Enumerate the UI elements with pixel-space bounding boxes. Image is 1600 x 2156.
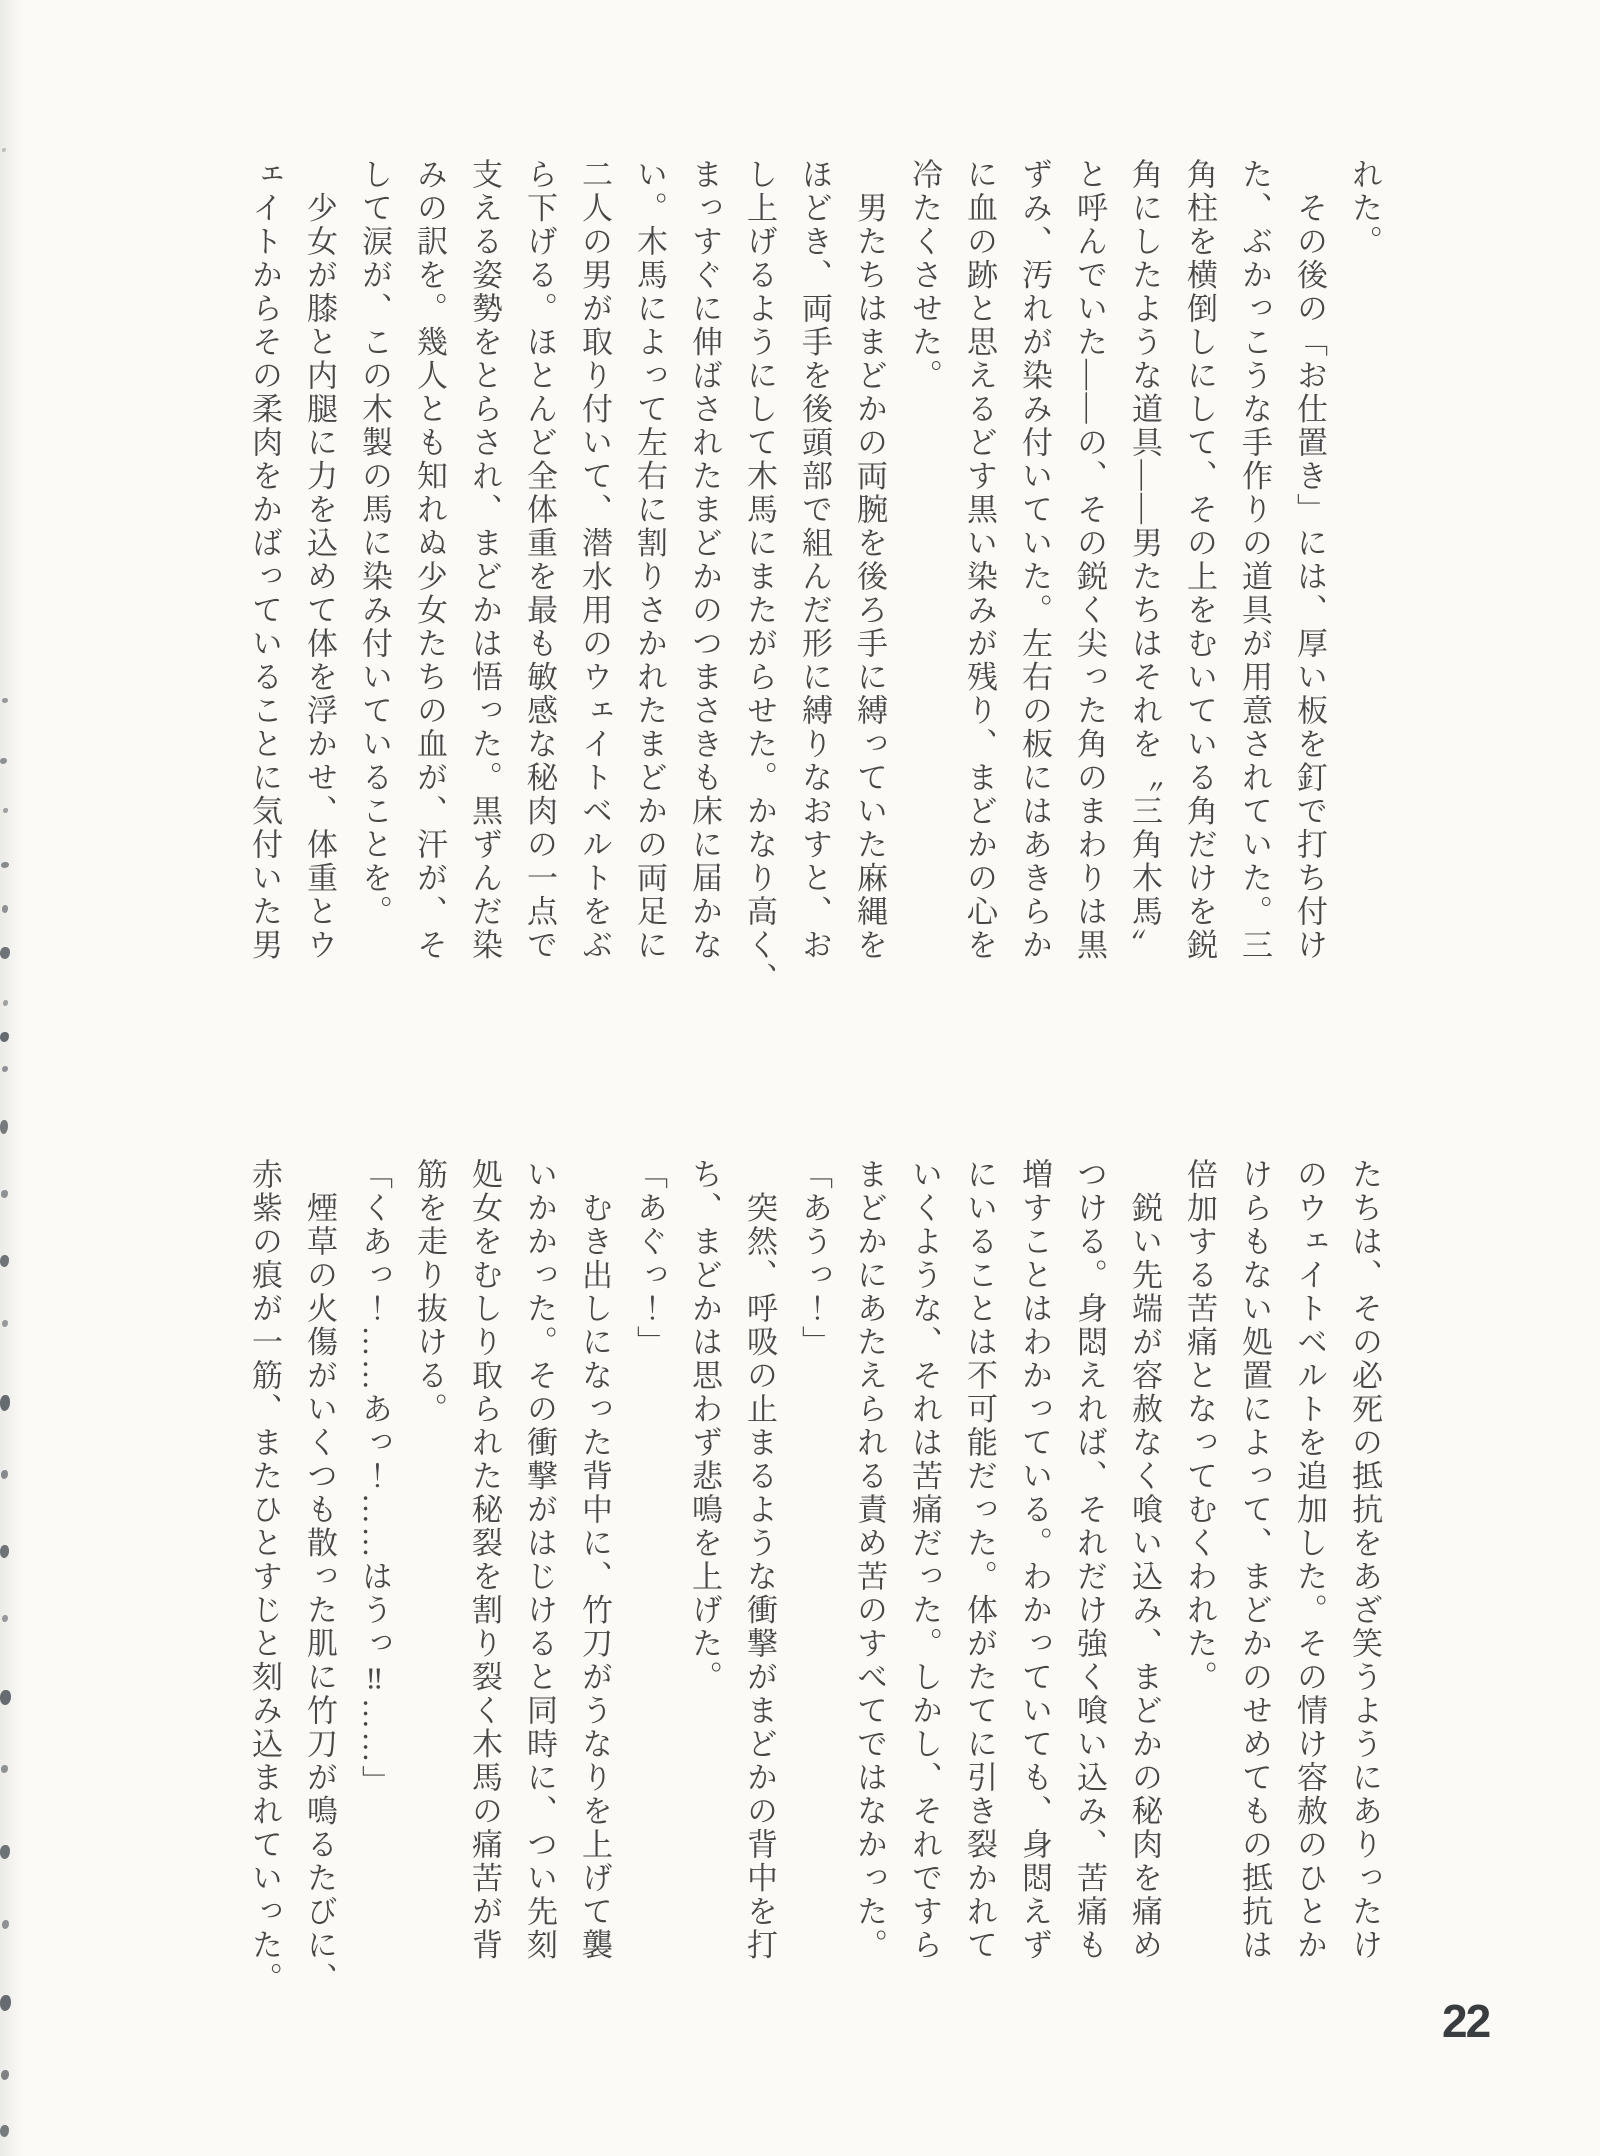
text-line: 筋を走り抜ける。 (402, 1158, 457, 2004)
scan-speck (2, 698, 8, 703)
scan-edge-shadow (0, 0, 22, 2156)
text-line: 倍加する苦痛となってむくわれた。 (1172, 1158, 1227, 2004)
text-line: その後の「お仕置き」には、厚い板を釘で打ち付け (1282, 158, 1337, 1004)
text-line: た、ぶかっこうな手作りの道具が用意されていた。三 (1227, 158, 1282, 1004)
scan-speck (0, 758, 7, 764)
text-line: 煙草の火傷がいくつも散った肌に竹刀が鳴るたびに、 (292, 1158, 347, 2004)
text-line: ずみ、汚れが染み付いていた。左右の板にはあきらか (1007, 158, 1062, 1004)
page-number: 22 (1442, 1994, 1489, 2048)
scan-speck (0, 1395, 10, 1411)
scan-speck (0, 1255, 9, 1267)
text-line: に血の跡と思えるどす黒い染みが残り、まどかの心を (952, 158, 1007, 1004)
text-line: 赤紫の痕が一筋、またひとすじと刻み込まれていった。 (237, 1158, 292, 2004)
text-line: ち、まどかは思わず悲鳴を上げた。 (677, 1158, 732, 2004)
text-line: みの訳を。幾人とも知れぬ少女たちの血が、汗が、そ (402, 158, 457, 1004)
scan-speck (1, 1190, 8, 1198)
scan-speck (2, 1066, 8, 1072)
text-line: いかかった。その衝撃がはじけると同時に、つい先刻 (512, 1158, 567, 2004)
scan-speck (0, 947, 10, 959)
text-line: と呼んでいた——の、その鋭く尖った角のまわりは黒 (1062, 158, 1117, 1004)
scan-speck (0, 1690, 11, 1705)
text-line: 処女をむしり取られた秘裂を割り裂く木馬の痛苦が背 (457, 1158, 512, 2004)
text-line: 「あうっ！」 (787, 1158, 842, 2004)
scan-speck (1, 1470, 8, 1479)
scan-speck (0, 1120, 8, 1134)
text-line: つける。身悶えれば、それだけ強く喰い込み、苦痛も (1062, 1158, 1117, 2004)
scan-speck (2, 1615, 8, 1622)
scan-speck (3, 1000, 8, 1006)
text-line: 男たちはまどかの両腕を後ろ手に縛っていた麻縄を (842, 158, 897, 1004)
top-text-block: れた。 その後の「お仕置き」には、厚い板を釘で打ち付けた、ぶかっこうな手作りの道… (237, 158, 1392, 1004)
text-line: 「くあっ！……あっ！……はうっ‼……」 (347, 1158, 402, 2004)
text-line: まどかにあたえられる責め苦のすべてではなかった。 (842, 1158, 897, 2004)
scan-speck (0, 2125, 9, 2137)
scan-speck (2, 1320, 8, 1327)
scan-speck (1, 1765, 8, 1773)
text-line: ェイトからその柔肉をかばっていることに気付いた男 (237, 158, 292, 1004)
text-line: し上げるようにして木馬にまたがらせた。かなり高く、 (732, 158, 787, 1004)
text-line: 支える姿勢をとらされ、まどかは悟った。黒ずんだ染 (457, 158, 512, 1004)
text-line: 鋭い先端が容赦なく喰い込み、まどかの秘肉を痛め (1117, 1158, 1172, 2004)
text-line: ら下げる。ほとんど全体重を最も敏感な秘肉の一点で (512, 158, 567, 1004)
text-line: ほどき、両手を後頭部で組んだ形に縛りなおすと、お (787, 158, 842, 1004)
text-line: たちは、その必死の抵抗をあざ笑うようにありったけ (1337, 1158, 1392, 2004)
text-line: けらもない処置によって、まどかのせめてもの抵抗は (1227, 1158, 1282, 2004)
text-line: 増すことはわかっている。わかっていても、身悶えず (1007, 1158, 1062, 2004)
text-line: い。木馬によって左右に割りさかれたまどかの両足に (622, 158, 677, 1004)
text-line: にいることは不可能だった。体がたてに引き裂かれて (952, 1158, 1007, 2004)
scan-speck (2, 148, 6, 152)
scan-speck (2, 905, 8, 913)
scan-speck (1, 862, 9, 868)
text-line: 突然、呼吸の止まるような衝撃がまどかの背中を打 (732, 1158, 787, 2004)
text-line: のウェイトベルトを追加した。その情け容赦のひとか (1282, 1158, 1337, 2004)
text-line: むき出しになった背中に、竹刀がうなりを上げて襲 (567, 1158, 622, 2004)
scan-speck (2, 1920, 9, 1929)
text-line: まっすぐに伸ばされたまどかのつまさきも床に届かな (677, 158, 732, 1004)
scan-speck (0, 1545, 9, 1558)
scan-speck (0, 1845, 10, 1859)
text-line: 二人の男が取り付いて、潜水用のウェイトベルトをぶ (567, 158, 622, 1004)
scanned-book-page: { "colors": { "paper": "#fbfaf6", "ink":… (0, 0, 1600, 2156)
bottom-text-block: たちは、その必死の抵抗をあざ笑うようにありったけのウェイトベルトを追加した。その… (237, 1158, 1392, 2004)
scan-speck (3, 808, 8, 813)
scan-speck (1, 2070, 9, 2080)
text-line: 少女が膝と内腿に力を込めて体を浮かせ、体重とウ (292, 158, 347, 1004)
text-line: 冷たくさせた。 (897, 158, 952, 1004)
text-line: いくような、それは苦痛だった。しかし、それですら (897, 1158, 952, 2004)
text-line: 「あぐっ！」 (622, 1158, 677, 2004)
text-line: して涙が、この木製の馬に染み付いていることを。 (347, 158, 402, 1004)
text-line: 角柱を横倒しにして、その上をむいている角だけを鋭 (1172, 158, 1227, 1004)
scan-speck (0, 1032, 9, 1042)
scan-speck (0, 1995, 11, 2011)
text-line: れた。 (1337, 158, 1392, 1004)
text-line: 角にしたような道具——男たちはそれを〝三角木馬〟 (1117, 158, 1172, 1004)
